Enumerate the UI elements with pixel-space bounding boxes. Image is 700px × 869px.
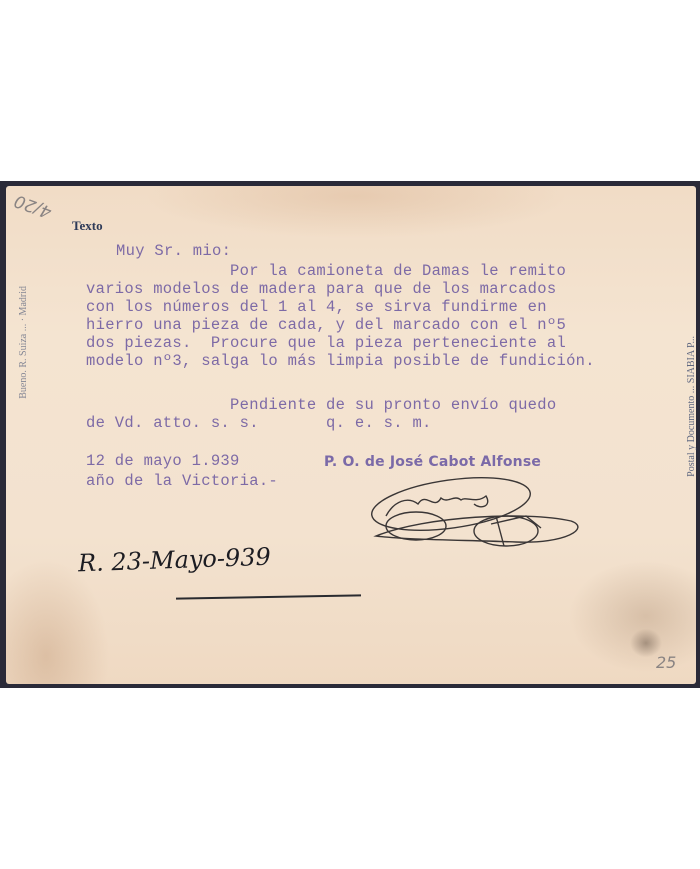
letter-body: Por la camioneta de Damas le remito vari… [86,262,595,370]
right-edge-printer-text: Postal y Documento ... SIABIA P... [686,336,697,477]
letter-body-line: con los números del 1 al 4, se sirva fun… [86,298,595,316]
letter-closing-line: de Vd. atto. s. s. q. e. s. m. [86,414,556,432]
pencil-page-number: 25 [656,653,676,672]
postcard: 4/20 Texto Bueno. R. Suiza ... · Madrid … [6,186,696,684]
letter-body-line: Por la camioneta de Damas le remito [86,262,595,280]
letter-closing: Pendiente de su pronto envío quedo de Vd… [86,396,556,432]
signature: Gallego [366,476,606,556]
letter-salutation: Muy Sr. mio: [116,242,231,260]
company-stamp: P. O. de José Cabot Alfonse [324,454,541,470]
letter-body-line: modelo nº3, salga lo más limpia posible … [86,352,595,370]
letter-body-line: varios modelos de madera para que de los… [86,280,595,298]
letter-body-line: hierro una pieza de cada, y del marcado … [86,316,595,334]
letter-closing-line: Pendiente de su pronto envío quedo [86,396,556,414]
handwritten-received-note: R. 23-Mayo-939 [78,543,272,578]
letter-date: 12 de mayo 1.939 [86,452,240,470]
pencil-catalog-note: 4/20 [12,190,55,222]
handwritten-underline [176,594,361,599]
letter-body-line: dos piezas. Procure que la pieza pertene… [86,334,595,352]
printed-texto-label: Texto [72,218,103,234]
svg-text:Gallego: Gallego [406,509,410,511]
left-edge-printer-text: Bueno. R. Suiza ... · Madrid [18,286,29,399]
letter-era-line: año de la Victoria.- [86,472,278,490]
